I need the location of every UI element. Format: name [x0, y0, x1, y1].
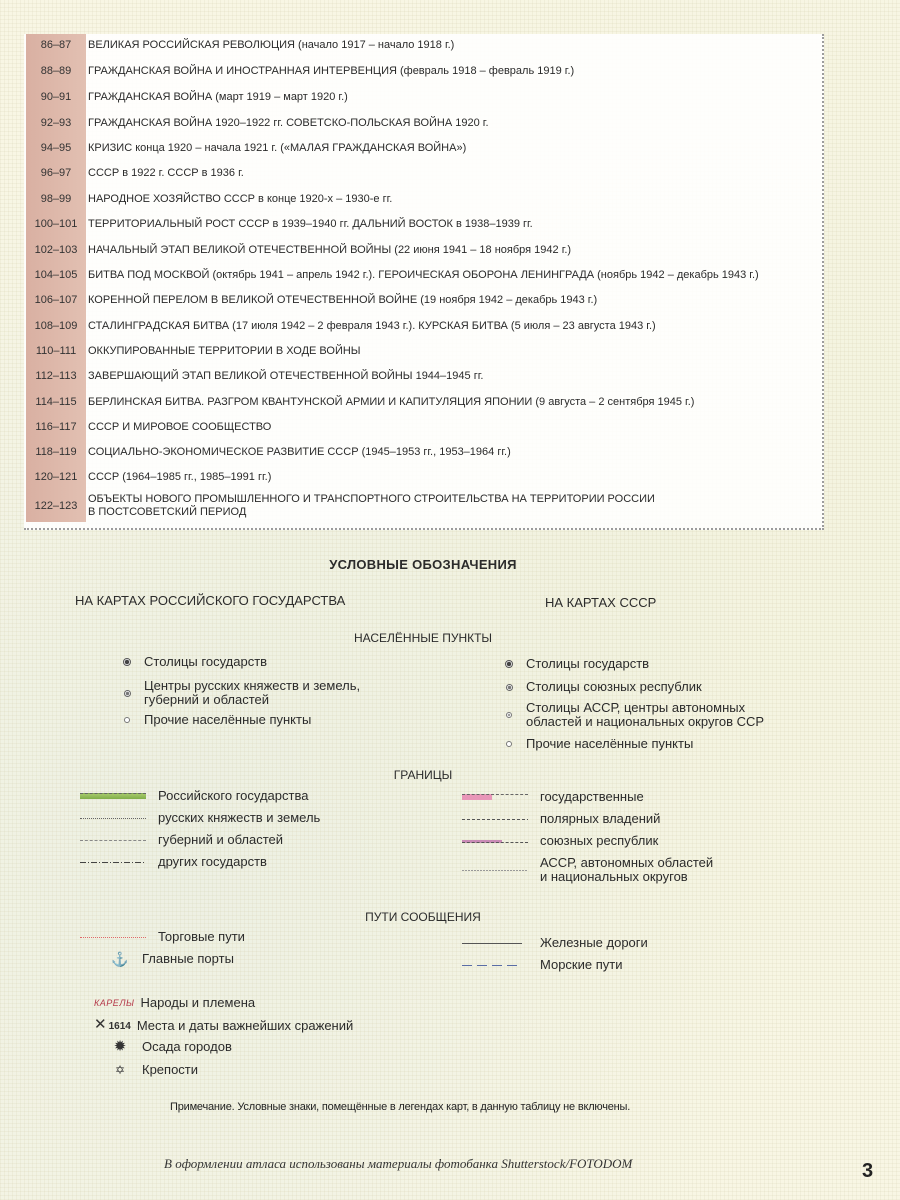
legend-item-battles: ✕1614 Места и даты важнейших сражений: [94, 1018, 353, 1034]
page-range: 104–105: [24, 269, 86, 282]
page-range: 102–103: [24, 244, 86, 257]
contents-row: 88–89ГРАЖДАНСКАЯ ВОЙНА И ИНОСТРАННАЯ ИНТ…: [24, 65, 822, 78]
page-range: 120–121: [24, 471, 86, 484]
state-capital-icon: [120, 655, 134, 669]
map-title: ВЕЛИКАЯ РОССИЙСКАЯ РЕВОЛЮЦИЯ (начало 191…: [86, 39, 454, 52]
map-title: КРИЗИС конца 1920 – начала 1921 г. («МАЛ…: [86, 142, 466, 155]
settlement-icon: [120, 713, 134, 727]
map-title: НАРОДНОЕ ХОЗЯЙСТВО СССР в конце 1920-х –…: [86, 193, 392, 206]
legend-item-other-settlements: Прочие населённые пункты: [120, 713, 311, 727]
ethnonym-sample: КАРЕЛЫ: [94, 996, 134, 1010]
legend-item-principality-border: русских княжеств и земель: [80, 811, 320, 825]
sea-route-icon: [462, 960, 528, 970]
state-border-icon: [462, 792, 528, 802]
map-title: СТАЛИНГРАДСКАЯ БИТВА (17 июля 1942 – 2 ф…: [86, 320, 656, 333]
foreign-state-border-icon: [80, 857, 146, 867]
page-range: 118–119: [24, 446, 86, 459]
map-title: ГРАЖДАНСКАЯ ВОЙНА 1920–1922 гг. СОВЕТСКО…: [86, 117, 489, 130]
contents-row: 96–97СССР в 1922 г. СССР в 1936 г.: [24, 167, 822, 180]
page-range: 108–109: [24, 320, 86, 333]
legend-item-polar-border: полярных владений: [462, 812, 660, 826]
contents-row: 118–119СОЦИАЛЬНО-ЭКОНОМИЧЕСКОЕ РАЗВИТИЕ …: [24, 446, 822, 459]
principality-border-icon: [80, 813, 146, 823]
map-title: СССР в 1922 г. СССР в 1936 г.: [86, 167, 244, 180]
page-range: 112–113: [24, 370, 86, 383]
legend-item-ussr-other-settlements: Прочие населённые пункты: [502, 737, 693, 751]
contents-row: 122–123ОБЪЕКТЫ НОВОГО ПРОМЫШЛЕННОГО И ТР…: [24, 493, 822, 519]
map-title: ГРАЖДАНСКАЯ ВОЙНА (март 1919 – март 1920…: [86, 91, 348, 104]
contents-row: 86–87ВЕЛИКАЯ РОССИЙСКАЯ РЕВОЛЮЦИЯ (начал…: [24, 39, 822, 52]
legend-item-foreign-state-border: других государств: [80, 855, 267, 869]
ussr-maps-heading: НА КАРТАХ СССР: [545, 595, 656, 610]
page-range: 94–95: [24, 142, 86, 155]
legend-item-assr-capitals: Столицы АССР, центры автономных областей…: [502, 701, 764, 729]
legend-item-sieges: ✹ Осада городов: [108, 1040, 232, 1054]
contents-row: 102–103НАЧАЛЬНЫЙ ЭТАП ВЕЛИКОЙ ОТЕЧЕСТВЕН…: [24, 244, 822, 257]
contents-row: 108–109СТАЛИНГРАДСКАЯ БИТВА (17 июля 194…: [24, 320, 822, 333]
page-range: 86–87: [24, 39, 86, 52]
page-number: 3: [862, 1160, 873, 1183]
legend-item-trade-routes: Торговые пути: [80, 930, 245, 944]
union-capital-icon: [502, 680, 516, 694]
legend-item-governorate-border: губерний и областей: [80, 833, 283, 847]
page-range: 90–91: [24, 91, 86, 104]
page-range: 110–111: [24, 345, 86, 358]
page-range: 114–115: [24, 396, 86, 409]
map-title: БИТВА ПОД МОСКВОЙ (октябрь 1941 – апрель…: [86, 269, 759, 282]
russian-state-border-icon: [80, 791, 146, 801]
union-republic-border-icon: [462, 836, 528, 846]
map-title: СССР (1964–1985 гг., 1985–1991 гг.): [86, 471, 271, 484]
legend-item-main-ports: ⚓ Главные порты: [108, 952, 234, 966]
legend-item-railways: Железные дороги: [462, 936, 648, 950]
anchor-icon: ⚓: [108, 952, 132, 966]
siege-icon: ✹: [108, 1040, 132, 1054]
contents-row: 92–93ГРАЖДАНСКАЯ ВОЙНА 1920–1922 гг. СОВ…: [24, 117, 822, 130]
legend-item-peoples: КАРЕЛЫ Народы и племена: [94, 996, 255, 1010]
map-title: СССР И МИРОВОЕ СООБЩЕСТВО: [86, 421, 271, 434]
russian-state-maps-heading: НА КАРТАХ РОССИЙСКОГО ГОСУДАРСТВА: [75, 593, 345, 608]
page-range: 92–93: [24, 117, 86, 130]
contents-row: 100–101ТЕРРИТОРИАЛЬНЫЙ РОСТ СССР в 1939–…: [24, 218, 822, 231]
legend-item-fortresses: ✡ Крепости: [108, 1063, 198, 1077]
routes-heading: ПУТИ СООБЩЕНИЯ: [0, 910, 846, 924]
borders-heading: ГРАНИЦЫ: [0, 768, 846, 782]
page-range: 122–123: [24, 500, 86, 513]
governorate-border-icon: [80, 835, 146, 845]
fortress-icon: ✡: [108, 1063, 132, 1077]
railway-icon: [462, 938, 528, 948]
legend-item-state-capitals: Столицы государств: [120, 655, 267, 669]
legend-item-ussr-state-capitals: Столицы государств: [502, 657, 649, 671]
map-title: ЗАВЕРШАЮЩИЙ ЭТАП ВЕЛИКОЙ ОТЕЧЕСТВЕННОЙ В…: [86, 370, 483, 383]
contents-row: 112–113ЗАВЕРШАЮЩИЙ ЭТАП ВЕЛИКОЙ ОТЕЧЕСТВ…: [24, 370, 822, 383]
battle-icon: ✕1614: [94, 1018, 131, 1034]
map-title: ТЕРРИТОРИАЛЬНЫЙ РОСТ СССР в 1939–1940 гг…: [86, 218, 533, 231]
page-range: 116–117: [24, 421, 86, 434]
contents-row: 98–99НАРОДНОЕ ХОЗЯЙСТВО СССР в конце 192…: [24, 193, 822, 206]
contents-row: 106–107КОРЕННОЙ ПЕРЕЛОМ В ВЕЛИКОЙ ОТЕЧЕС…: [24, 294, 822, 307]
page-range: 88–89: [24, 65, 86, 78]
map-title: КОРЕННОЙ ПЕРЕЛОМ В ВЕЛИКОЙ ОТЕЧЕСТВЕННОЙ…: [86, 294, 597, 307]
state-capital-icon: [502, 657, 516, 671]
settlement-icon: [502, 737, 516, 751]
legend-note: Примечание. Условные знаки, помещённые в…: [170, 1101, 630, 1113]
legend-item-principality-centers: Центры русских княжеств и земель, губерн…: [120, 679, 360, 707]
contents-row: 120–121СССР (1964–1985 гг., 1985–1991 гг…: [24, 471, 822, 484]
legend-item-sea-routes: Морские пути: [462, 958, 622, 972]
legend-item-union-republic-border: союзных республик: [462, 834, 658, 848]
map-title: СОЦИАЛЬНО-ЭКОНОМИЧЕСКОЕ РАЗВИТИЕ СССР (1…: [86, 446, 511, 459]
map-title: БЕРЛИНСКАЯ БИТВА. РАЗГРОМ КВАНТУНСКОЙ АР…: [86, 396, 694, 409]
legend-title: УСЛОВНЫЕ ОБОЗНАЧЕНИЯ: [0, 557, 846, 572]
page-range: 98–99: [24, 193, 86, 206]
legend-item-russian-state-border: Российского государства: [80, 789, 308, 803]
settlements-heading: НАСЕЛЁННЫЕ ПУНКТЫ: [0, 631, 846, 645]
contents-row: 114–115БЕРЛИНСКАЯ БИТВА. РАЗГРОМ КВАНТУН…: [24, 396, 822, 409]
contents-table: 86–87ВЕЛИКАЯ РОССИЙСКАЯ РЕВОЛЮЦИЯ (начал…: [24, 34, 824, 530]
assr-border-icon: [462, 865, 528, 875]
page-range: 100–101: [24, 218, 86, 231]
contents-row: 116–117СССР И МИРОВОЕ СООБЩЕСТВО: [24, 421, 822, 434]
assr-capital-icon: [502, 708, 516, 722]
photo-credit: В оформлении атласа использованы материа…: [164, 1156, 632, 1172]
trade-route-icon: [80, 932, 146, 942]
page-range: 96–97: [24, 167, 86, 180]
legend-item-state-border: государственные: [462, 790, 644, 804]
contents-row: 94–95КРИЗИС конца 1920 – начала 1921 г. …: [24, 142, 822, 155]
map-title: ГРАЖДАНСКАЯ ВОЙНА И ИНОСТРАННАЯ ИНТЕРВЕН…: [86, 65, 574, 78]
page-range: 106–107: [24, 294, 86, 307]
contents-row: 104–105БИТВА ПОД МОСКВОЙ (октябрь 1941 –…: [24, 269, 822, 282]
map-title: ОБЪЕКТЫ НОВОГО ПРОМЫШЛЕННОГО И ТРАНСПОРТ…: [86, 493, 655, 519]
principality-center-icon: [120, 686, 134, 700]
contents-row: 90–91ГРАЖДАНСКАЯ ВОЙНА (март 1919 – март…: [24, 91, 822, 104]
map-title: ОККУПИРОВАННЫЕ ТЕРРИТОРИИ В ХОДЕ ВОЙНЫ: [86, 345, 361, 358]
polar-border-icon: [462, 814, 528, 824]
map-title: НАЧАЛЬНЫЙ ЭТАП ВЕЛИКОЙ ОТЕЧЕСТВЕННОЙ ВОЙ…: [86, 244, 571, 257]
contents-row: 110–111ОККУПИРОВАННЫЕ ТЕРРИТОРИИ В ХОДЕ …: [24, 345, 822, 358]
legend-item-assr-border: АССР, автономных областей и национальных…: [462, 856, 713, 884]
legend-item-union-capitals: Столицы союзных республик: [502, 680, 702, 694]
